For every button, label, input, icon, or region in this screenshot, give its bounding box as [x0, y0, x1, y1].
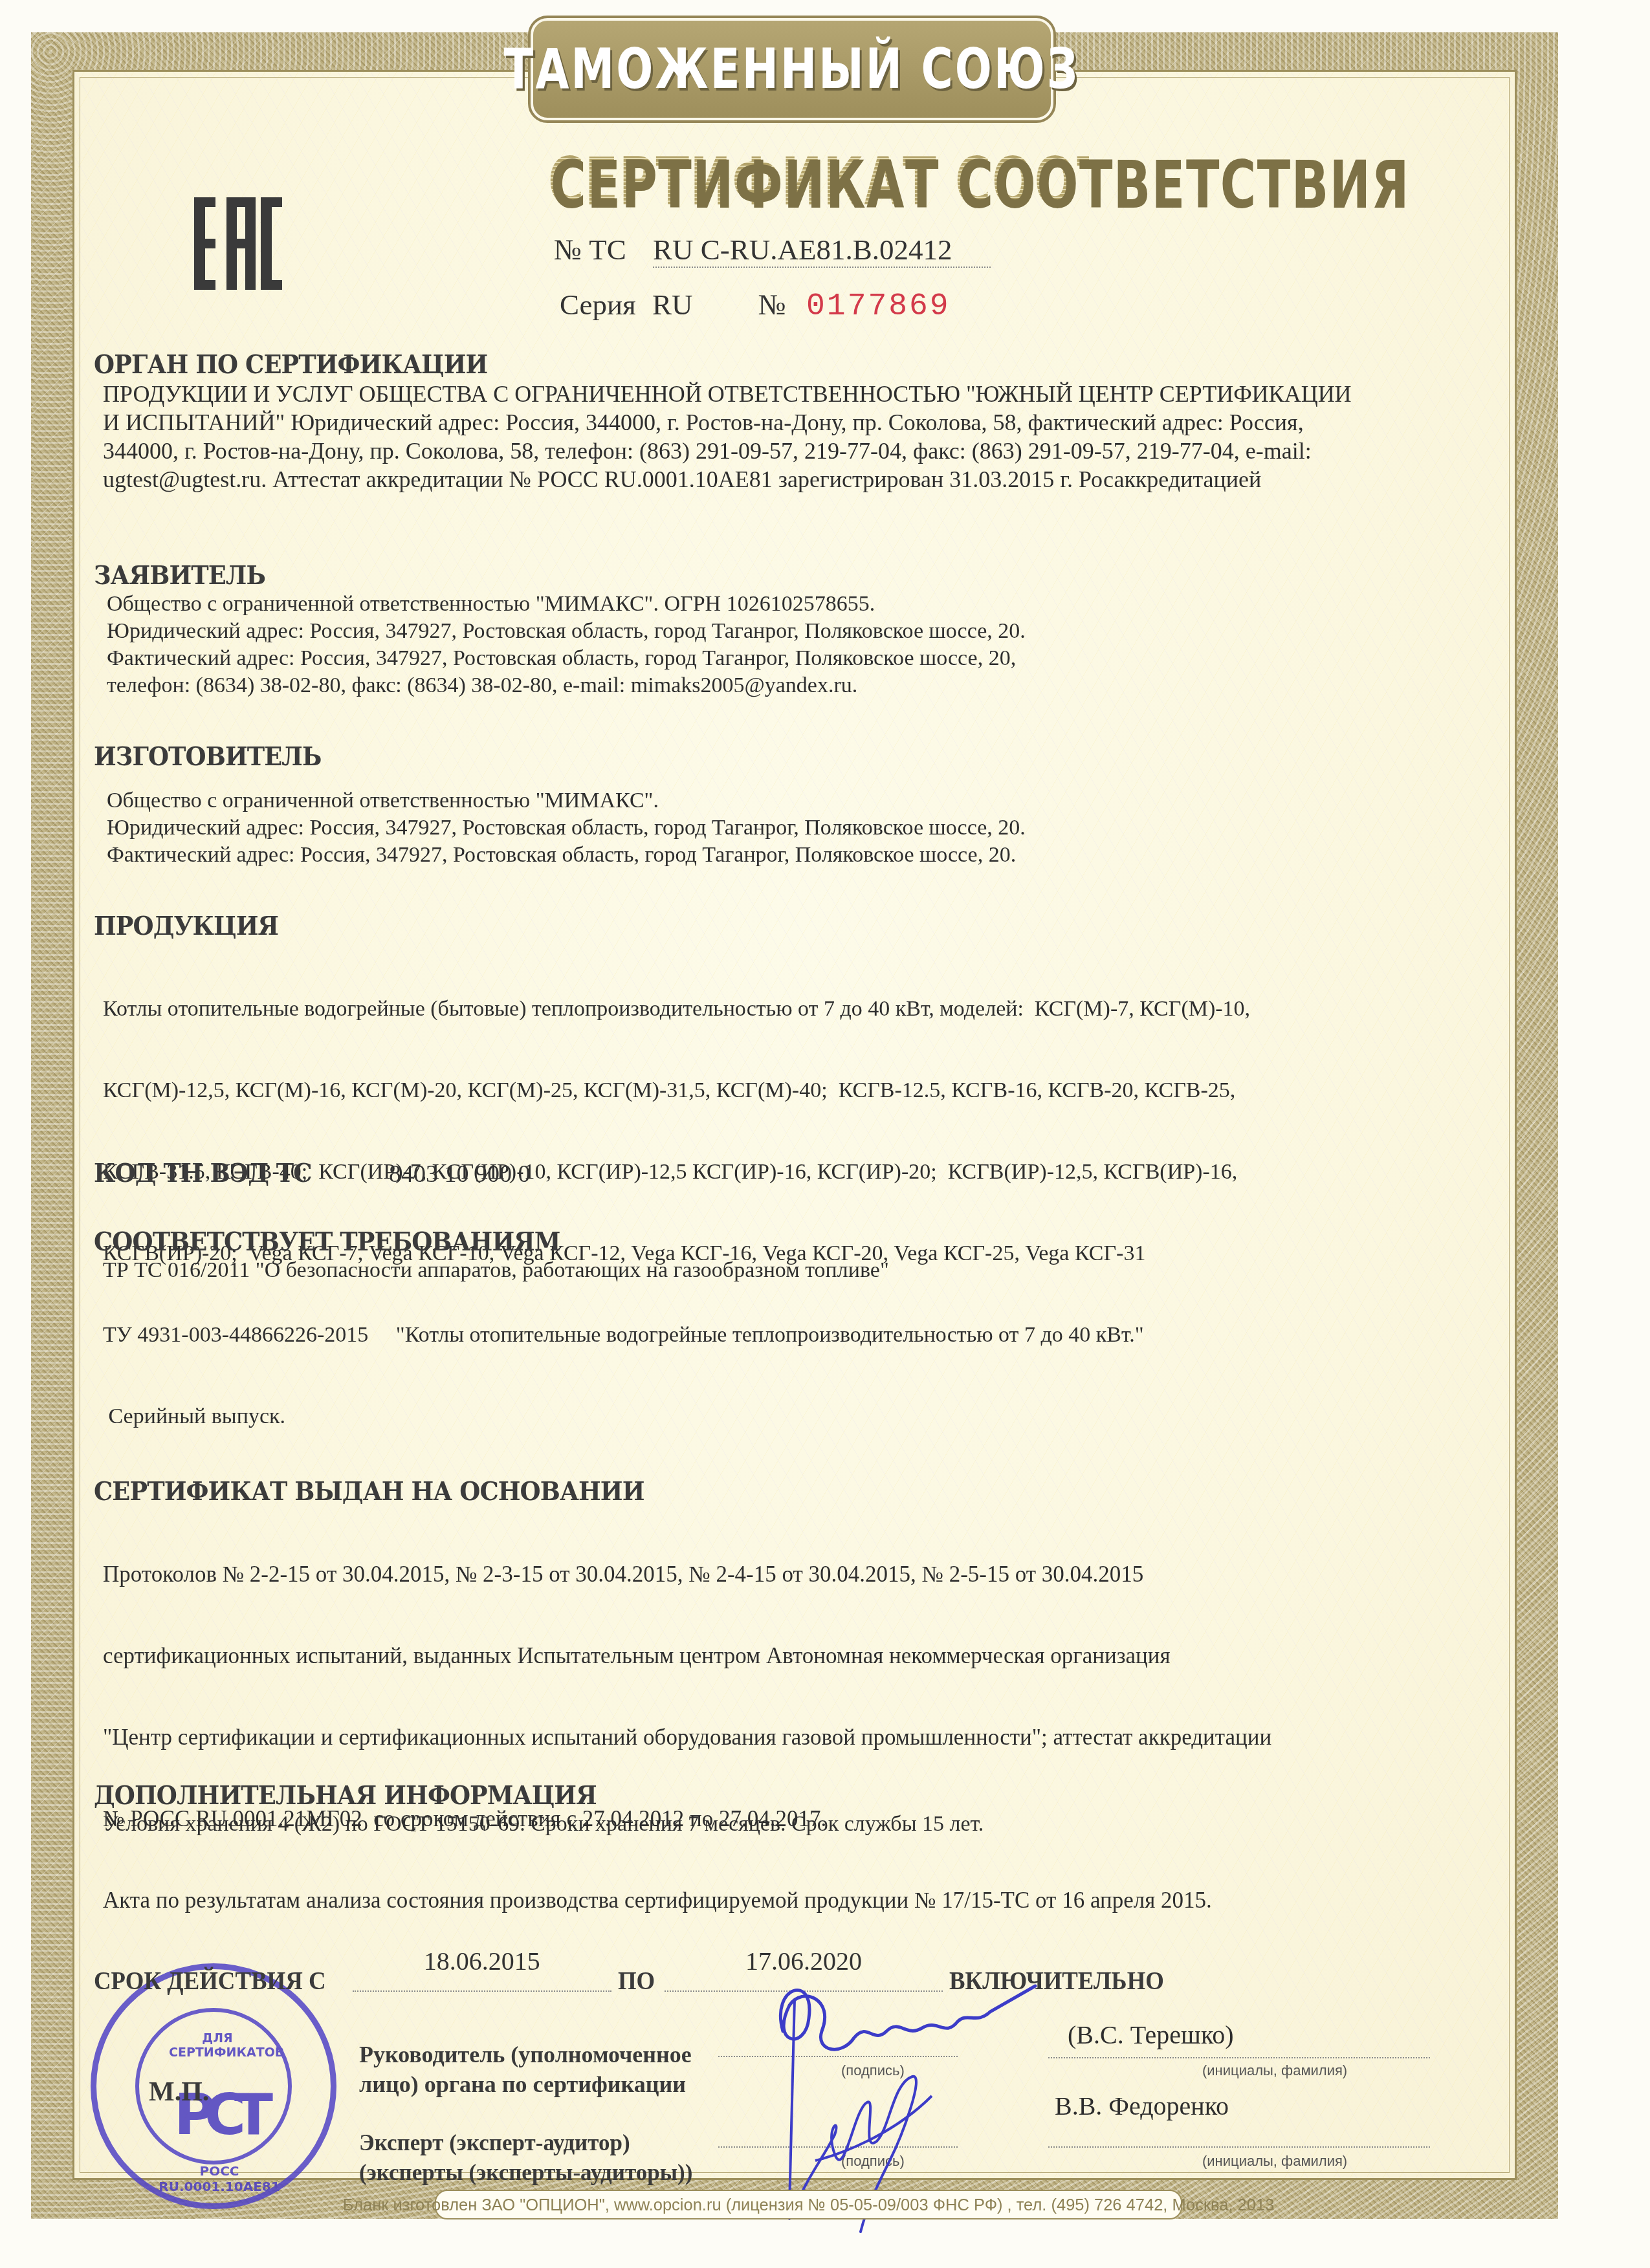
stamp-text-line: СЕРТИФИКАТОВ — [169, 2045, 266, 2060]
text-line: "Центр сертификации и сертификационных и… — [103, 1724, 1485, 1751]
section-title: КОД ТН ВЭД ТС — [94, 1158, 312, 1188]
validity-period: СРОК ДЕЙСТВИЯ С 18.06.2015 ПО 17.06.2020… — [94, 1946, 1388, 1996]
section-body: Протоколов № 2-2-15 от 30.04.2015, № 2-3… — [94, 1507, 1485, 1968]
text-line: Котлы отопительные водогрейные (бытовые)… — [103, 996, 1485, 1023]
section-body: Общество с ограниченной ответственностью… — [94, 787, 1485, 869]
text-line: ugtest@ugtest.ru. Аттестат аккредитации … — [103, 465, 1485, 494]
section-additional-info: ДОПОЛНИТЕЛЬНАЯ ИНФОРМАЦИЯ Условия хранен… — [94, 1780, 1485, 1838]
validity-from-label: СРОК ДЕЙСТВИЯ С — [94, 1965, 325, 1996]
section-title: СЕРТИФИКАТ ВЫДАН НА ОСНОВАНИИ — [94, 1476, 1374, 1507]
name-hint: (инициалы, фамилия) — [1202, 2153, 1347, 2170]
name-hint: (инициалы, фамилия) — [1202, 2062, 1347, 2079]
text-line: ПРОДУКЦИИ И УСЛУГ ОБЩЕСТВА С ОГРАНИЧЕННО… — [103, 380, 1485, 408]
section-requirements: СООТВЕТСТВУЕТ ТРЕБОВАНИЯМ ТР ТС 016/2011… — [94, 1227, 1485, 1284]
section-title: ИЗГОТОВИТЕЛЬ — [94, 741, 1374, 772]
text-line: Серийный выпуск. — [103, 1403, 1485, 1430]
number-label: № ТС — [554, 234, 626, 266]
section-tn-ved: КОД ТН ВЭД ТС 8403 10 900 0 — [94, 1158, 1485, 1188]
text-line: И ИСПЫТАНИЙ" Юридический адрес: Россия, … — [103, 408, 1485, 437]
head-signature-label: Руководитель (уполномоченное лицо) орган… — [359, 2040, 692, 2099]
text-line: Фактический адрес: Россия, 347927, Росто… — [107, 645, 1485, 672]
validity-date-from: 18.06.2015 — [353, 1946, 611, 1992]
text-line: Юридический адрес: Россия, 347927, Росто… — [107, 814, 1485, 842]
section-title: ПРОДУКЦИЯ — [94, 911, 1374, 941]
section-body: ТР ТС 016/2011 "О безопасности аппаратов… — [94, 1257, 1485, 1284]
text-line: Условия хранения 4 (Ж2) по ГОСТ 15150-69… — [103, 1811, 1485, 1838]
blank-number-label: № — [758, 289, 786, 321]
label-line: Руководитель (уполномоченное — [359, 2040, 692, 2069]
stamp-text-line: ДЛЯ — [169, 2031, 266, 2045]
text-line: 344000, г. Ростов-на-Дону, пр. Соколова,… — [103, 437, 1485, 465]
section-title: ОРГАН ПО СЕРТИФИКАЦИИ — [94, 349, 1374, 380]
section-title: ДОПОЛНИТЕЛЬНАЯ ИНФОРМАЦИЯ — [94, 1780, 1374, 1811]
certificate-number: № ТС RU C-RU.AE81.B.02412 — [554, 233, 991, 268]
section-body: Котлы отопительные водогрейные (бытовые)… — [94, 941, 1485, 1485]
section-basis: СЕРТИФИКАТ ВЫДАН НА ОСНОВАНИИ Протоколов… — [94, 1476, 1485, 1968]
section-certification-body: ОРГАН ПО СЕРТИФИКАЦИИ ПРОДУКЦИИ И УСЛУГ … — [94, 349, 1485, 494]
blank-imprint: Бланк изготовлен ЗАО "ОПЦИОН", www.opcio… — [435, 2190, 1182, 2219]
stamp-center-text: ДЛЯ СЕРТИФИКАТОВ — [169, 2031, 266, 2060]
section-title: СООТВЕТСТВУЕТ ТРЕБОВАНИЯМ — [94, 1227, 1374, 1257]
blank-number: 0177869 — [806, 289, 951, 324]
text-line: сертификационных испытаний, выданных Исп… — [103, 1642, 1485, 1670]
text-line: Акта по результатам анализа состояния пр… — [103, 1887, 1485, 1914]
expert-name-line — [1048, 2146, 1430, 2148]
text-line: телефон: (8634) 38-02-80, факс: (8634) 3… — [107, 672, 1485, 699]
section-manufacturer: ИЗГОТОВИТЕЛЬ Общество с ограниченной отв… — [94, 741, 1485, 869]
section-body: Общество с ограниченной ответственностью… — [94, 591, 1485, 699]
certificate-title: СЕРТИФИКАТ СООТВЕТСТВИЯ — [548, 144, 1089, 221]
text-line: КСГ(М)-12,5, КСГ(М)-16, КСГ(М)-20, КСГ(М… — [103, 1077, 1485, 1104]
label-line: (эксперты (эксперты-аудиторы)) — [359, 2158, 692, 2188]
stamp-mark-label: М.П. — [149, 2077, 209, 2108]
label-line: лицо) органа по сертификации — [359, 2069, 692, 2099]
section-body: ПРОДУКЦИИ И УСЛУГ ОБЩЕСТВА С ОГРАНИЧЕННО… — [94, 380, 1485, 494]
series-value: RU — [652, 289, 693, 321]
text-line: Фактический адрес: Россия, 347927, Росто… — [107, 842, 1485, 869]
text-line: ТР ТС 016/2011 "О безопасности аппаратов… — [103, 1257, 1485, 1284]
text-line: ТУ 4931-003-44866226-2015 "Котлы отопите… — [103, 1322, 1485, 1349]
banner-text: ТАМОЖЕННЫЙ СОЮЗ — [504, 37, 1080, 102]
text-line: Общество с ограниченной ответственностью… — [107, 591, 1485, 618]
expert-signature-label: Эксперт (эксперт-аудитор) (эксперты (экс… — [359, 2128, 692, 2188]
tn-ved-code: 8403 10 900 0 — [389, 1160, 531, 1188]
validity-to-label: ПО — [618, 1965, 655, 1996]
text-line: Протоколов № 2-2-15 от 30.04.2015, № 2-3… — [103, 1561, 1485, 1588]
label-line: Эксперт (эксперт-аудитор) — [359, 2128, 692, 2158]
section-title: ЗАЯВИТЕЛЬ — [94, 560, 1374, 591]
head-name-line — [1048, 2057, 1430, 2058]
certification-stamp: ДЛЯ СЕРТИФИКАТОВ РСТ РОСС RU.0001.10АЕ81 — [91, 1963, 336, 2209]
head-name: (В.С. Терешко) — [1068, 2020, 1234, 2050]
expert-name: В.В. Федоренко — [1055, 2091, 1229, 2121]
section-product: ПРОДУКЦИЯ Котлы отопительные водогрейные… — [94, 911, 1485, 1485]
text-line: Юридический адрес: Россия, 347927, Росто… — [107, 618, 1485, 645]
section-body: Условия хранения 4 (Ж2) по ГОСТ 15150-69… — [94, 1811, 1485, 1838]
series-number: Серия RU № 0177869 — [560, 288, 951, 324]
eac-logo-icon — [194, 197, 288, 291]
series-label: Серия — [560, 289, 636, 321]
number-value: RU C-RU.AE81.B.02412 — [653, 233, 991, 268]
section-applicant: ЗАЯВИТЕЛЬ Общество с ограниченной ответс… — [94, 560, 1485, 699]
stamp-registration: РОСС RU.0001.10АЕ81 — [142, 2163, 297, 2194]
customs-union-banner: ТАМОЖЕННЫЙ СОЮЗ — [531, 18, 1053, 120]
text-line: Общество с ограниченной ответственностью… — [107, 787, 1485, 814]
